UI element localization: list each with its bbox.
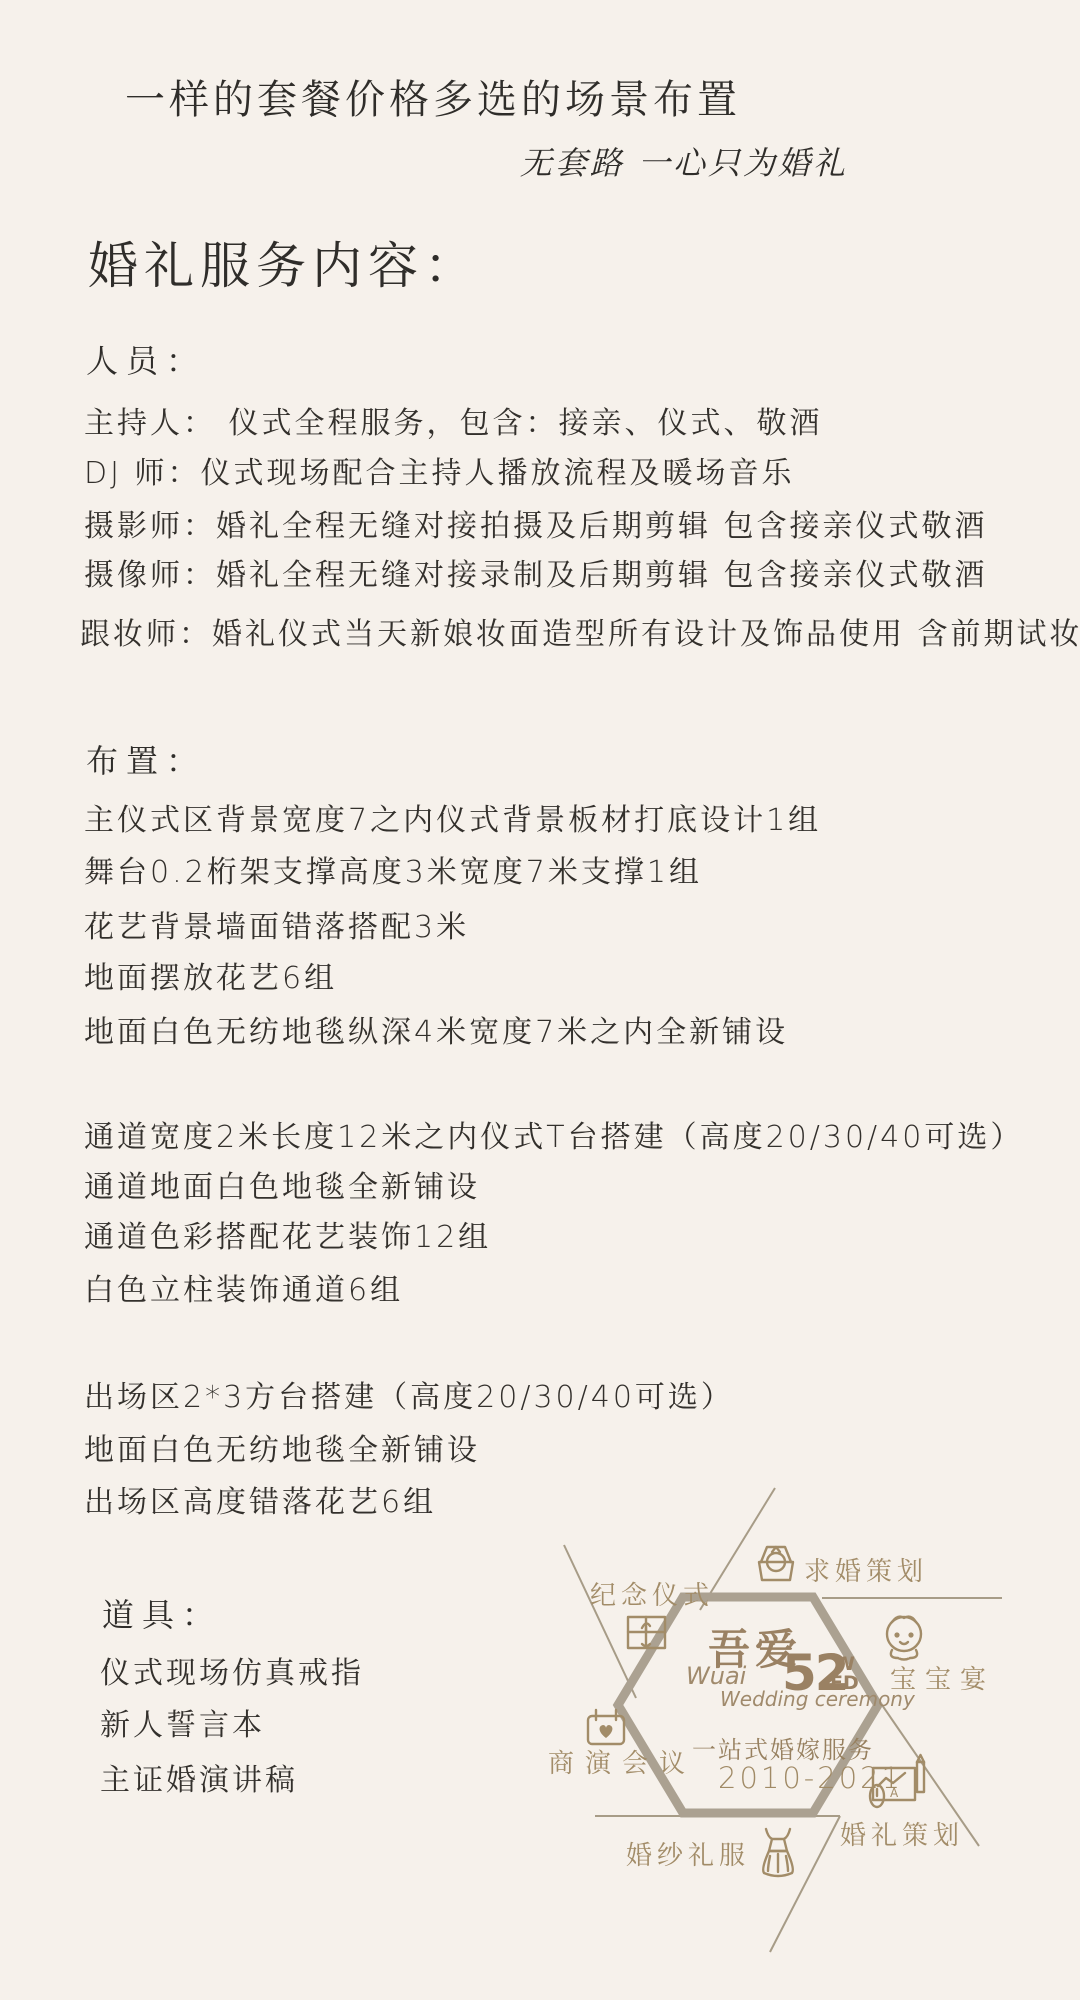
setup-label: 布置： xyxy=(86,736,206,782)
setup-item: 出场区2*3方台搭建（高度20/30/40可选） xyxy=(84,1372,734,1416)
page-title: 一样的套餐价格多选的场景布置 xyxy=(125,68,741,125)
personnel-item: 摄像师：婚礼全程无缝对接录制及后期剪辑 包含接亲仪式敬酒 xyxy=(84,550,988,594)
brand-slogan: 一站式婚嫁服务 xyxy=(692,1736,874,1764)
setup-item: 地面白色无纺地毯纵深4米宽度7米之内全新铺设 xyxy=(84,1007,788,1051)
setup-item: 通道宽度2米长度12米之内仪式T台搭建（高度20/30/40可选） xyxy=(84,1112,1023,1156)
personnel-item: 跟妆师：婚礼仪式当天新娘妆面造型所有设计及饰品使用 含前期试妆 xyxy=(80,609,1080,653)
brand-subtitle-en: Wedding ceremony xyxy=(720,1687,916,1711)
personnel-item: DJ 师：仪式现场配合主持人播放流程及暖场音乐 xyxy=(84,448,794,492)
setup-item: 主仪式区背景宽度7之内仪式背景板材打底设计1组 xyxy=(84,795,821,839)
setup-item: 花艺背景墙面错落搭配3米 xyxy=(84,902,469,946)
service-label: 商演会议 xyxy=(548,1749,696,1779)
svg-text:A: A xyxy=(890,1786,899,1800)
setup-item: 通道地面白色地毯全新铺设 xyxy=(84,1162,480,1206)
wedding-dress-icon xyxy=(763,1829,793,1876)
props-item: 新人誓言本 xyxy=(100,1700,265,1744)
props-item: 主证婚演讲稿 xyxy=(100,1755,298,1799)
service-label: 宝宝宴 xyxy=(890,1665,995,1695)
service-label: 求婚策划 xyxy=(804,1557,928,1587)
brand-name-en: Wuai xyxy=(686,1662,747,1690)
setup-item: 白色立柱装饰通道6组 xyxy=(84,1265,403,1309)
service-label: 婚纱礼服 xyxy=(626,1841,750,1871)
tagline: 无套路 一心只为婚礼 xyxy=(520,138,848,184)
setup-item: 舞台0.2桁架支撑高度3米宽度7米支撑1组 xyxy=(84,847,702,891)
personnel-label: 人员： xyxy=(86,336,206,382)
props-item: 仪式现场仿真戒指 xyxy=(100,1648,364,1692)
props-label: 道具： xyxy=(102,1590,222,1636)
ring-box-icon xyxy=(759,1547,793,1580)
calendar-heart-icon xyxy=(588,1710,624,1744)
brand-years: 2010-2021 xyxy=(718,1761,903,1795)
setup-item: 地面摆放花艺6组 xyxy=(84,953,337,997)
personnel-item: 主持人： 仪式全程服务，包含：接亲、仪式、敬酒 xyxy=(84,398,823,442)
personnel-item: 摄影师：婚礼全程无缝对接拍摄及后期剪辑 包含接亲仪式敬酒 xyxy=(84,501,988,545)
section-main-heading: 婚礼服务内容： xyxy=(88,226,480,298)
setup-item: 出场区高度错落花艺6组 xyxy=(84,1477,436,1521)
baby-icon xyxy=(887,1617,921,1660)
service-label: 纪念仪式 xyxy=(590,1581,714,1611)
flyer-page: 一样的套餐价格多选的场景布置 无套路 一心只为婚礼 婚礼服务内容： 人员： 主持… xyxy=(0,0,1080,2000)
setup-item: 通道色彩搭配花艺装饰12组 xyxy=(84,1212,491,1256)
setup-item: 地面白色无纺地毯全新铺设 xyxy=(84,1425,480,1469)
brand-logo: 吾爱 52 W ED Wuai Wedding ceremony 一站式婚嫁服务… xyxy=(430,1440,1050,2000)
divider-line xyxy=(770,1816,840,1952)
divider-line xyxy=(564,1545,636,1698)
service-label: 婚礼策划 xyxy=(840,1821,964,1851)
